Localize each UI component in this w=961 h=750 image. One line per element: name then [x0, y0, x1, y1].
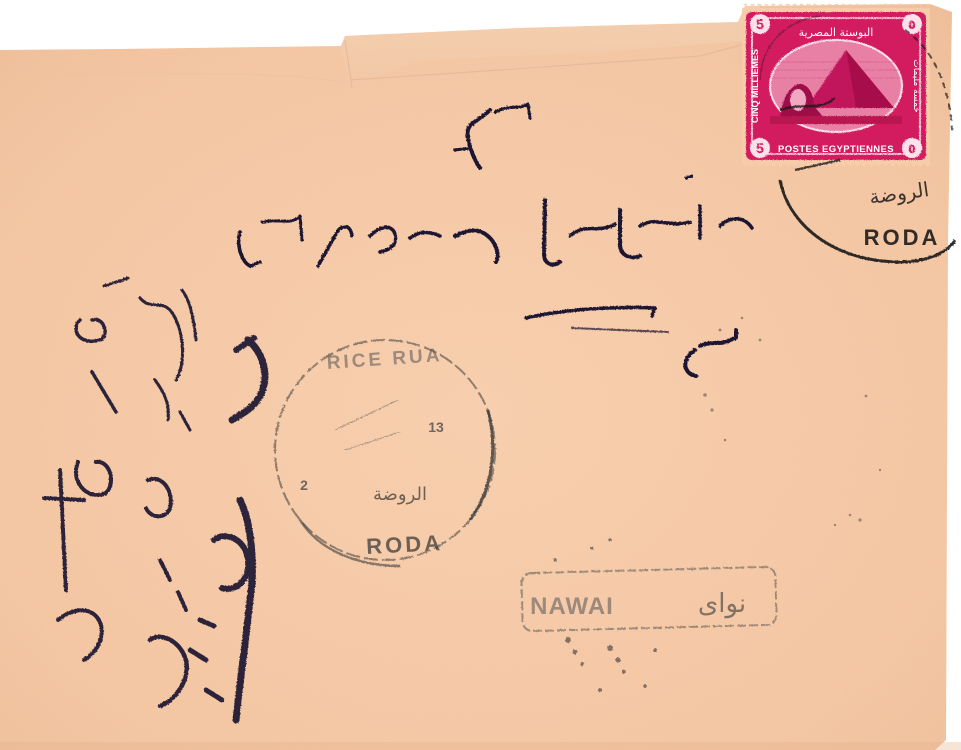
stamp-arabic-side-text: خمسة مليمات [911, 59, 921, 112]
stamp-country-text: POSTES EGYPTIENNES [778, 144, 894, 155]
svg-text:٥: ٥ [908, 18, 916, 33]
postmark-1-roda: RODA [864, 225, 941, 250]
postmark-2-arabic: الروضة [373, 484, 427, 505]
svg-text:٥: ٥ [908, 142, 916, 157]
stamp-arabic-top-text: البوستة المصرية [799, 26, 874, 39]
cachet-latin-text: NAWAI [530, 593, 614, 620]
svg-text:5: 5 [756, 140, 764, 156]
svg-text:5: 5 [756, 16, 764, 32]
postmark-2-roda: RODA [366, 530, 444, 559]
stamp-denomination-text: CINQ MILLIEMES [750, 49, 760, 123]
cachet-arabic-text: نواى [698, 589, 746, 619]
postmark-2-date-num: 2 [300, 477, 308, 493]
postmark-2-date-day: 13 [428, 419, 444, 435]
